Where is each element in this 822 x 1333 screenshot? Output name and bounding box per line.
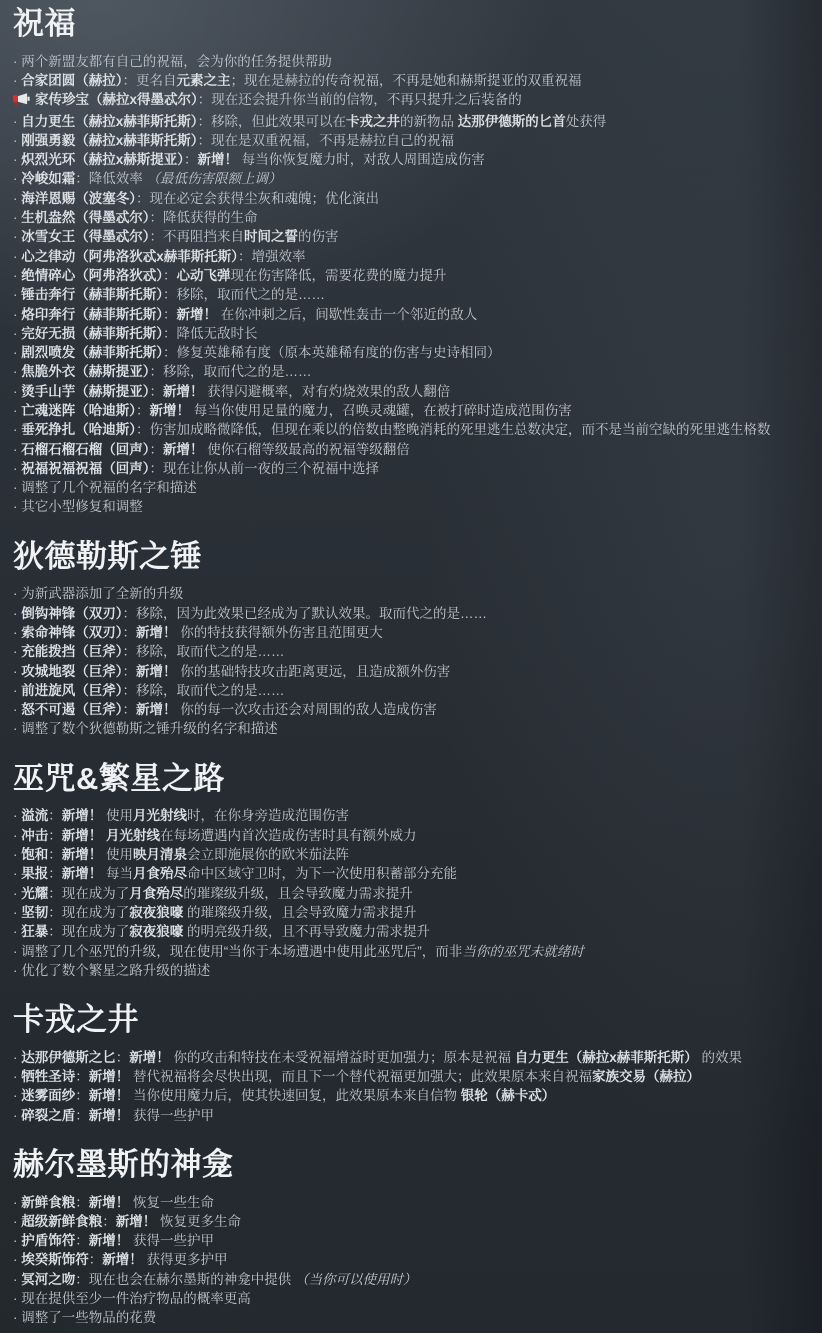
text: 的明亮级升级，且不再导致魔力需求提升: [183, 924, 430, 939]
text: ：降低无敌时长: [163, 326, 258, 341]
term: 新增！: [116, 1214, 157, 1229]
text: 现在提供至少一件治疗物品的概率更高: [21, 1291, 251, 1306]
bullet: ·: [13, 606, 21, 621]
section-blessings: 祝福· 两个新盟友都有自己的祝福，会为你的任务提供帮助· 合家团圆（赫拉）：更名…: [13, 6, 814, 517]
text: ：: [123, 625, 137, 640]
text: 的璀璨级升级，且会导致魔力需求提升: [183, 905, 416, 920]
text: 每当你恢复魔力时，对敌人周围造成伤害: [238, 152, 485, 167]
text: ：: [75, 1108, 89, 1123]
term: 冥河之吻: [21, 1272, 75, 1287]
bullet: ·: [13, 664, 21, 679]
bullet: ·: [13, 1272, 21, 1287]
bullet: ·: [13, 905, 21, 920]
term: 前进旋风（巨斧）: [21, 683, 122, 698]
text: ：: [48, 847, 62, 862]
term: 石榴石榴石榴（回声）: [21, 442, 149, 457]
list-item: · 达那伊德斯之匕：新增！ 你的攻击和特技在未受祝福增益时更加强力；原本是祝福 …: [13, 1048, 814, 1067]
patch-notes: 祝福· 两个新盟友都有自己的祝福，会为你的任务提供帮助· 合家团圆（赫拉）：更名…: [0, 0, 822, 1328]
term: 海洋恩赐（波塞冬）: [21, 191, 136, 206]
text: ：: [75, 1233, 89, 1248]
bullet: ·: [13, 866, 21, 881]
term: 祝福祝福祝福（回声）: [21, 461, 149, 476]
term: 埃癸斯饰符: [21, 1252, 89, 1267]
term: 新增！: [89, 1069, 130, 1084]
bullet: ·: [13, 268, 21, 283]
bullet: ·: [13, 1088, 21, 1103]
list-item: · 调整了几个祝福的名字和描述: [13, 478, 814, 497]
bullet: ·: [13, 384, 21, 399]
text: 你的基础特技攻击距离更远，且造成额外伤害: [177, 664, 451, 679]
term: 新增！: [150, 403, 191, 418]
text: ：: [136, 403, 150, 418]
list-item: · 狂暴：现在成为了寂夜狼嚎 的明亮级升级，且不再导致魔力需求提升: [13, 922, 814, 941]
text: ：现在是双重祝福，不再是赫拉自己的祝福: [198, 133, 455, 148]
term: 自力更生（赫拉x赫菲斯托斯）: [21, 114, 197, 129]
bullet: ·: [13, 586, 21, 601]
text: 为新武器添加了全新的升级: [21, 586, 183, 601]
term: 心之律动（阿弗洛狄忒x赫菲斯托斯）: [21, 249, 238, 264]
term: 新增！: [136, 664, 177, 679]
bullet: ·: [13, 1050, 21, 1065]
term: 新增！: [89, 1088, 130, 1103]
term: 卡戎之井: [346, 114, 400, 129]
term: 炽烈光环（赫拉x赫斯提亚）: [21, 152, 184, 167]
text: ：: [48, 808, 62, 823]
section-title: 卡戎之井: [13, 1002, 814, 1038]
list-item: · 调整了一些物品的花费: [13, 1308, 814, 1327]
text: ：: [75, 1069, 89, 1084]
bullet: ·: [13, 499, 21, 514]
term: 元素之主: [177, 73, 231, 88]
text: 获得更多护甲: [143, 1252, 228, 1267]
term: 新增！: [163, 384, 204, 399]
text: ；现在是赫拉的传奇祝福，不再是她和赫斯提亚的双重祝福: [231, 73, 582, 88]
text: ：现在让你从前一夜的三个祝福中选择: [150, 461, 380, 476]
term: 银轮（赫卡忒）: [461, 1088, 556, 1103]
bullet: ·: [13, 886, 21, 901]
term: 达那伊德斯的匕首: [458, 114, 566, 129]
term: 新增！: [163, 442, 204, 457]
term: 碎裂之盾: [21, 1108, 75, 1123]
term: 烫手山芋（赫斯提亚）: [21, 384, 149, 399]
bullet: ·: [13, 1108, 21, 1123]
list-item: · 碎裂之盾：新增！ 获得一些护甲: [13, 1106, 814, 1125]
text: 优化了数个繁星之路升级的描述: [21, 963, 210, 978]
list-item: · 亡魂迷阵（哈迪斯）：新增！ 每当你使用足量的魔力，召唤灵魂罐，在被打碎时造成…: [13, 401, 814, 420]
text: ：现在成为了: [48, 924, 129, 939]
term: 月光射线: [106, 828, 160, 843]
list-item: · 炽烈光环（赫拉x赫斯提亚）：新增！ 每当你恢复魔力时，对敌人周围造成伤害: [13, 150, 814, 169]
term: 饱和: [21, 847, 48, 862]
text: ：移除，取而代之的是……: [150, 364, 312, 379]
text: ：降低效率: [75, 171, 146, 186]
text: 的新物品: [400, 114, 458, 129]
list-item: · 现在提供至少一件治疗物品的概率更高: [13, 1289, 814, 1308]
text: ：现在必定会获得尘灰和魂魄；优化演出: [136, 191, 379, 206]
text: 在每场遭遇内首次造成伤害时具有额外威力: [160, 828, 417, 843]
list-item: · 饱和：新增！ 使用映月清泉会立即施展你的欧米茄法阵: [13, 845, 814, 864]
list-item: · 烫手山芋（赫斯提亚）：新增！ 获得闪避概率，对有灼烧效果的敌人翻倍: [13, 382, 814, 401]
list-item: · 自力更生（赫拉x赫菲斯托斯）：移除，但此效果可以在卡戎之井的新物品 达那伊德…: [13, 112, 814, 131]
term: 超级新鲜食粮: [21, 1214, 102, 1229]
term: 月食殆尽: [133, 866, 187, 881]
term: 攻城地裂（巨斧）: [21, 664, 122, 679]
term: 冰雪女王（得墨忒尔）: [21, 229, 149, 244]
bullet: ·: [13, 114, 21, 129]
section-title: 狄德勒斯之锤: [13, 539, 814, 575]
bullet: ·: [13, 1195, 21, 1210]
text: （最低伤害限额上调）: [147, 171, 282, 186]
term: 倒钩神锋（双刃）: [21, 606, 122, 621]
text: ：降低获得的生命: [150, 210, 258, 225]
list-item: · 剧烈喷发（赫菲斯托斯）：修复英雄稀有度（原本英雄稀有度的伤害与史诗相同）: [13, 343, 814, 362]
term: 牺牲圣诗: [21, 1069, 75, 1084]
term: 坚韧: [21, 905, 48, 920]
text: 每当你使用足量的魔力，召唤灵魂罐，在被打碎时造成范围伤害: [190, 403, 572, 418]
bullet: ·: [13, 171, 21, 186]
text: 当你使用魔力后，使其快速回复，此效果原本来自信物: [129, 1088, 461, 1103]
list-item: · 护盾饰符：新增！ 获得一些护甲: [13, 1231, 814, 1250]
text: 你的每一次攻击还会对周围的敌人造成伤害: [177, 702, 437, 717]
list-item: · 索命神锋（双刃）：新增！ 你的特技获得额外伤害且范围更大: [13, 623, 814, 642]
text: 其它小型修复和调整: [21, 499, 143, 514]
text: ：: [184, 152, 198, 167]
text: 会立即施展你的欧米茄法阵: [187, 847, 349, 862]
text: ：现在成为了: [48, 886, 129, 901]
bullet: ·: [13, 683, 21, 698]
bullet: ·: [13, 210, 21, 225]
term: 新增！: [136, 625, 177, 640]
term: 新增！: [62, 847, 103, 862]
list-item: · 烙印奔行（赫菲斯托斯）：新增！ 在你冲刺之后，间歇性轰击一个邻近的敌人: [13, 305, 814, 324]
term: 冲击: [21, 828, 48, 843]
term: 锤击奔行（赫菲斯托斯）: [21, 287, 163, 302]
list-item: · 调整了数个狄德勒斯之锤升级的名字和描述: [13, 719, 814, 738]
bullet: ·: [13, 625, 21, 640]
term: 怒不可遏（巨斧）: [21, 702, 122, 717]
text: ：: [150, 384, 164, 399]
term: 新增！: [102, 1252, 143, 1267]
text: ：: [102, 1214, 116, 1229]
term: 自力更生（赫拉x赫菲斯托斯）: [515, 1050, 698, 1065]
bullet: ·: [13, 644, 21, 659]
text: ：伤害加成略微降低，但现在乘以的倍数由整晚消耗的死里逃生总数决定，而不是当前空缺…: [136, 422, 771, 437]
section-list: · 达那伊德斯之匕：新增！ 你的攻击和特技在未受祝福增益时更加强力；原本是祝福 …: [13, 1048, 814, 1125]
text: ：: [150, 442, 164, 457]
list-item: · 完好无损（赫菲斯托斯）：降低无敌时长: [13, 324, 814, 343]
term: 绝情碎心（阿弗洛狄忒）: [21, 268, 163, 283]
text: （当你可以使用时）: [295, 1272, 417, 1287]
text: ：移除，取而代之的是……: [123, 683, 285, 698]
text: ：现在也会在赫尔墨斯的神龛中提供: [75, 1272, 295, 1287]
text: ：: [75, 1195, 89, 1210]
section-well-of-charon: 卡戎之井· 达那伊德斯之匕：新增！ 你的攻击和特技在未受祝福增益时更加强力；原本…: [13, 1002, 814, 1125]
bullet: ·: [13, 152, 21, 167]
term: 垂死挣扎（哈迪斯）: [21, 422, 136, 437]
term: 新增！: [89, 1195, 130, 1210]
term: 索命神锋（双刃）: [21, 625, 122, 640]
term: 焦脆外衣（赫斯提亚）: [21, 364, 149, 379]
bullet: ·: [13, 326, 21, 341]
term: 充能拨挡（巨斧）: [21, 644, 122, 659]
list-item: · 石榴石榴石榴（回声）：新增！ 使你石榴等级最高的祝福等级翻倍: [13, 440, 814, 459]
term: 月光射线: [133, 808, 187, 823]
term: 亡魂迷阵（哈迪斯）: [21, 403, 136, 418]
term: 新增！: [198, 152, 239, 167]
list-item: · 坚韧：现在成为了寂夜狼嚎 的璀璨级升级，且会导致魔力需求提升: [13, 903, 814, 922]
section-title: 巫咒&繁星之路: [13, 761, 814, 797]
list-item: · 充能拨挡（巨斧）：移除，取而代之的是……: [13, 642, 814, 661]
term: 寂夜狼嚎: [129, 905, 183, 920]
bullet: ·: [13, 461, 21, 476]
text: 使用: [102, 847, 133, 862]
list-item: · 焦脆外衣（赫斯提亚）：移除，取而代之的是……: [13, 362, 814, 381]
text: 调整了几个祝福的名字和描述: [21, 480, 197, 495]
text: ：: [48, 866, 62, 881]
term: 烙印奔行（赫菲斯托斯）: [21, 307, 163, 322]
text: ：移除，取而代之的是……: [163, 287, 325, 302]
list-item: · 祝福祝福祝福（回声）：现在让你从前一夜的三个祝福中选择: [13, 459, 814, 478]
bullet: ·: [13, 1310, 21, 1325]
bullet: ·: [13, 963, 21, 978]
list-item: 家传珍宝（赫拉x得墨忒尔）：现在还会提升你当前的信物，不再只提升之后装备的: [13, 90, 814, 111]
text: 恢复更多生命: [156, 1214, 241, 1229]
section-list: · 溢流：新增！ 使用月光射线时，在你身旁造成范围伤害· 冲击：新增！ 月光射线…: [13, 806, 814, 980]
bullet: ·: [13, 1252, 21, 1267]
text: 的伤害: [298, 229, 339, 244]
bullet: ·: [13, 307, 21, 322]
bullet: ·: [13, 702, 21, 717]
list-item: · 调整了几个巫咒的升级，现在使用“当你于本场遭遇中使用此巫咒后”，而非当你的巫…: [13, 942, 814, 961]
list-item: · 新鲜食粮：新增！ 恢复一些生命: [13, 1193, 814, 1212]
text: 命中区域守卫时，为下一次使用积蓄部分充能: [187, 866, 457, 881]
list-item: · 前进旋风（巨斧）：移除，取而代之的是……: [13, 681, 814, 700]
bullet: ·: [13, 1291, 21, 1306]
term: 映月清泉: [133, 847, 187, 862]
text: 在你冲刺之后，间歇性轰击一个邻近的敌人: [217, 307, 477, 322]
text: ：: [48, 828, 62, 843]
list-item: · 优化了数个繁星之路升级的描述: [13, 961, 814, 980]
bullet: ·: [13, 480, 21, 495]
bullet: ·: [13, 54, 21, 69]
text: ：: [163, 268, 177, 283]
text: ：: [123, 664, 137, 679]
text: 获得一些护甲: [129, 1233, 214, 1248]
bullet: ·: [13, 422, 21, 437]
text: ：现在成为了: [48, 905, 129, 920]
bullet: ·: [13, 721, 21, 736]
text: ：修复英雄稀有度（原本英雄稀有度的伤害与史诗相同）: [163, 345, 501, 360]
text: ：: [89, 1252, 103, 1267]
term: 新增！: [136, 702, 177, 717]
term: 完好无损（赫菲斯托斯）: [21, 326, 163, 341]
text: 替代祝福将会尽快出现，而且下一个替代祝福更加强大；此效果原本来自祝福: [129, 1069, 592, 1084]
bullet: ·: [13, 924, 21, 939]
text: 使你石榴等级最高的祝福等级翻倍: [204, 442, 410, 457]
list-item: · 生机盎然（得墨忒尔）：降低获得的生命: [13, 208, 814, 227]
text: ：: [163, 307, 177, 322]
text: 调整了数个狄德勒斯之锤升级的名字和描述: [21, 721, 278, 736]
term: 新鲜食粮: [21, 1195, 75, 1210]
list-item: · 合家团圆（赫拉）：更名自元素之主；现在是赫拉的传奇祝福，不再是她和赫斯提亚的…: [13, 71, 814, 90]
list-item: · 迷雾面纱：新增！ 当你使用魔力后，使其快速回复，此效果原本来自信物 银轮（赫…: [13, 1086, 814, 1105]
bullet: ·: [13, 73, 21, 88]
bullet: ·: [13, 808, 21, 823]
list-item: · 为新武器添加了全新的升级: [13, 584, 814, 603]
list-item: · 超级新鲜食粮：新增！ 恢复更多生命: [13, 1212, 814, 1231]
text: 处获得: [566, 114, 607, 129]
term: 剧烈喷发（赫菲斯托斯）: [21, 345, 163, 360]
term: 月食殆尽: [129, 886, 183, 901]
section-list: · 新鲜食粮：新增！ 恢复一些生命· 超级新鲜食粮：新增！ 恢复更多生命· 护盾…: [13, 1193, 814, 1328]
bullet: ·: [13, 1233, 21, 1248]
term: 刚强勇毅（赫拉x赫菲斯托斯）: [21, 133, 197, 148]
term: 新增！: [89, 1233, 130, 1248]
term: 新增！: [177, 307, 218, 322]
list-item: · 埃癸斯饰符：新增！ 获得更多护甲: [13, 1250, 814, 1269]
text: ：移除，但此效果可以在: [198, 114, 347, 129]
list-item: · 海洋恩赐（波塞冬）：现在必定会获得尘灰和魂魄；优化演出: [13, 189, 814, 208]
list-item: · 冲击：新增！ 月光射线在每场遭遇内首次造成伤害时具有额外威力: [13, 826, 814, 845]
section-hexes-path-of-stars: 巫咒&繁星之路· 溢流：新增！ 使用月光射线时，在你身旁造成范围伤害· 冲击：新…: [13, 761, 814, 980]
term: 新增！: [62, 828, 103, 843]
list-item: · 两个新盟友都有自己的祝福，会为你的任务提供帮助: [13, 52, 814, 71]
term: 冷峻如霜: [21, 171, 75, 186]
bullet: ·: [13, 1069, 21, 1084]
list-item: · 冷峻如霜：降低效率 （最低伤害限额上调）: [13, 169, 814, 188]
text: ：移除，取而代之的是……: [123, 644, 285, 659]
text: 两个新盟友都有自己的祝福，会为你的任务提供帮助: [21, 54, 332, 69]
text: 你的攻击和特技在未受祝福增益时更加强力；原本是祝福: [170, 1050, 515, 1065]
term: 寂夜狼嚎: [129, 924, 183, 939]
text: ：: [123, 702, 137, 717]
term: 护盾饰符: [21, 1233, 75, 1248]
list-item: · 锤击奔行（赫菲斯托斯）：移除，取而代之的是……: [13, 285, 814, 304]
term: 溢流: [21, 808, 48, 823]
text: 使用: [102, 808, 133, 823]
text: ：不再阻挡来自: [150, 229, 245, 244]
list-item: · 垂死挣扎（哈迪斯）：伤害加成略微降低，但现在乘以的倍数由整晚消耗的死里逃生总…: [13, 420, 814, 439]
text: 当你的巫咒未就绪时: [462, 944, 584, 959]
list-item: · 心之律动（阿弗洛狄忒x赫菲斯托斯）：增强效率: [13, 247, 814, 266]
list-item: · 牺牲圣诗：新增！ 替代祝福将会尽快出现，而且下一个替代祝福更加强大；此效果原…: [13, 1067, 814, 1086]
bullet: ·: [13, 1214, 21, 1229]
text: ：增强效率: [238, 249, 306, 264]
bullet: ·: [13, 133, 21, 148]
term: 新增！: [62, 808, 103, 823]
section-title: 赫尔墨斯的神龛: [13, 1147, 814, 1183]
bullet: ·: [13, 287, 21, 302]
term: 狂暴: [21, 924, 48, 939]
section-daedalus-hammer: 狄德勒斯之锤· 为新武器添加了全新的升级· 倒钩神锋（双刃）：移除，因为此效果已…: [13, 539, 814, 739]
text: 的效果: [698, 1050, 742, 1065]
section-list: · 为新武器添加了全新的升级· 倒钩神锋（双刃）：移除，因为此效果已经成为了默认…: [13, 584, 814, 738]
bullet: ·: [13, 191, 21, 206]
list-item: · 冰雪女王（得墨忒尔）：不再阻挡来自时间之誓的伤害: [13, 227, 814, 246]
term: 新增！: [129, 1050, 170, 1065]
list-item: · 光耀：现在成为了月食殆尽的璀璨级升级，且会导致魔力需求提升: [13, 884, 814, 903]
list-item: · 倒钩神锋（双刃）：移除，因为此效果已经成为了默认效果。取而代之的是……: [13, 604, 814, 623]
term: 家族交易（赫拉）: [592, 1069, 700, 1084]
text: ：更名自: [123, 73, 177, 88]
text: 每当: [102, 866, 133, 881]
term: 合家团圆（赫拉）: [21, 73, 122, 88]
text: 时，在你身旁造成范围伤害: [187, 808, 349, 823]
text: ：: [116, 1050, 130, 1065]
list-item: · 攻城地裂（巨斧）：新增！ 你的基础特技攻击距离更远，且造成额外伤害: [13, 662, 814, 681]
bullet: ·: [13, 364, 21, 379]
section-list: · 两个新盟友都有自己的祝福，会为你的任务提供帮助· 合家团圆（赫拉）：更名自元…: [13, 52, 814, 517]
megaphone-icon: [13, 92, 30, 111]
bullet: ·: [13, 847, 21, 862]
text: 现在伤害降低，需要花费的魔力提升: [231, 268, 447, 283]
list-item: · 绝情碎心（阿弗洛狄忒）：心动飞弹现在伤害降低，需要花费的魔力提升: [13, 266, 814, 285]
bullet: ·: [13, 249, 21, 264]
bullet: ·: [13, 229, 21, 244]
section-title: 祝福: [13, 6, 814, 42]
bullet: ·: [13, 345, 21, 360]
term: 果报: [21, 866, 48, 881]
text: ：: [75, 1088, 89, 1103]
text: 恢复一些生命: [129, 1195, 214, 1210]
list-item: · 果报：新增！ 每当月食殆尽命中区域守卫时，为下一次使用积蓄部分充能: [13, 864, 814, 883]
list-item: · 冥河之吻：现在也会在赫尔墨斯的神龛中提供 （当你可以使用时）: [13, 1270, 814, 1289]
text: ：现在还会提升你当前的信物，不再只提升之后装备的: [198, 92, 522, 107]
text: 你的特技获得额外伤害且范围更大: [177, 625, 383, 640]
term: 光耀: [21, 886, 48, 901]
text: 获得闪避概率，对有灼烧效果的敌人翻倍: [204, 384, 451, 399]
text: 调整了几个巫咒的升级，现在使用“当你于本场遭遇中使用此巫咒后”，而非: [21, 944, 462, 959]
section-shrine-of-hermes: 赫尔墨斯的神龛· 新鲜食粮：新增！ 恢复一些生命· 超级新鲜食粮：新增！ 恢复更…: [13, 1147, 814, 1328]
bullet: ·: [13, 944, 21, 959]
term: 生机盎然（得墨忒尔）: [21, 210, 149, 225]
text: 调整了一些物品的花费: [21, 1310, 156, 1325]
term: 家传珍宝（赫拉x得墨忒尔）: [35, 92, 198, 107]
text: 的璀璨级升级，且会导致魔力需求提升: [183, 886, 413, 901]
term: 时间之誓: [244, 229, 298, 244]
list-item: · 怒不可遏（巨斧）：新增！ 你的每一次攻击还会对周围的敌人造成伤害: [13, 700, 814, 719]
bullet: ·: [13, 442, 21, 457]
text: ：移除，因为此效果已经成为了默认效果。取而代之的是……: [123, 606, 488, 621]
term: 达那伊德斯之匕: [21, 1050, 116, 1065]
list-item: · 刚强勇毅（赫拉x赫菲斯托斯）：现在是双重祝福，不再是赫拉自己的祝福: [13, 131, 814, 150]
bullet: ·: [13, 403, 21, 418]
term: 新增！: [89, 1108, 130, 1123]
list-item: · 溢流：新增！ 使用月光射线时，在你身旁造成范围伤害: [13, 806, 814, 825]
list-item: · 其它小型修复和调整: [13, 497, 814, 516]
text: 获得一些护甲: [129, 1108, 214, 1123]
term: 心动飞弹: [177, 268, 231, 283]
term: 新增！: [62, 866, 103, 881]
bullet: ·: [13, 828, 21, 843]
term: 迷雾面纱: [21, 1088, 75, 1103]
